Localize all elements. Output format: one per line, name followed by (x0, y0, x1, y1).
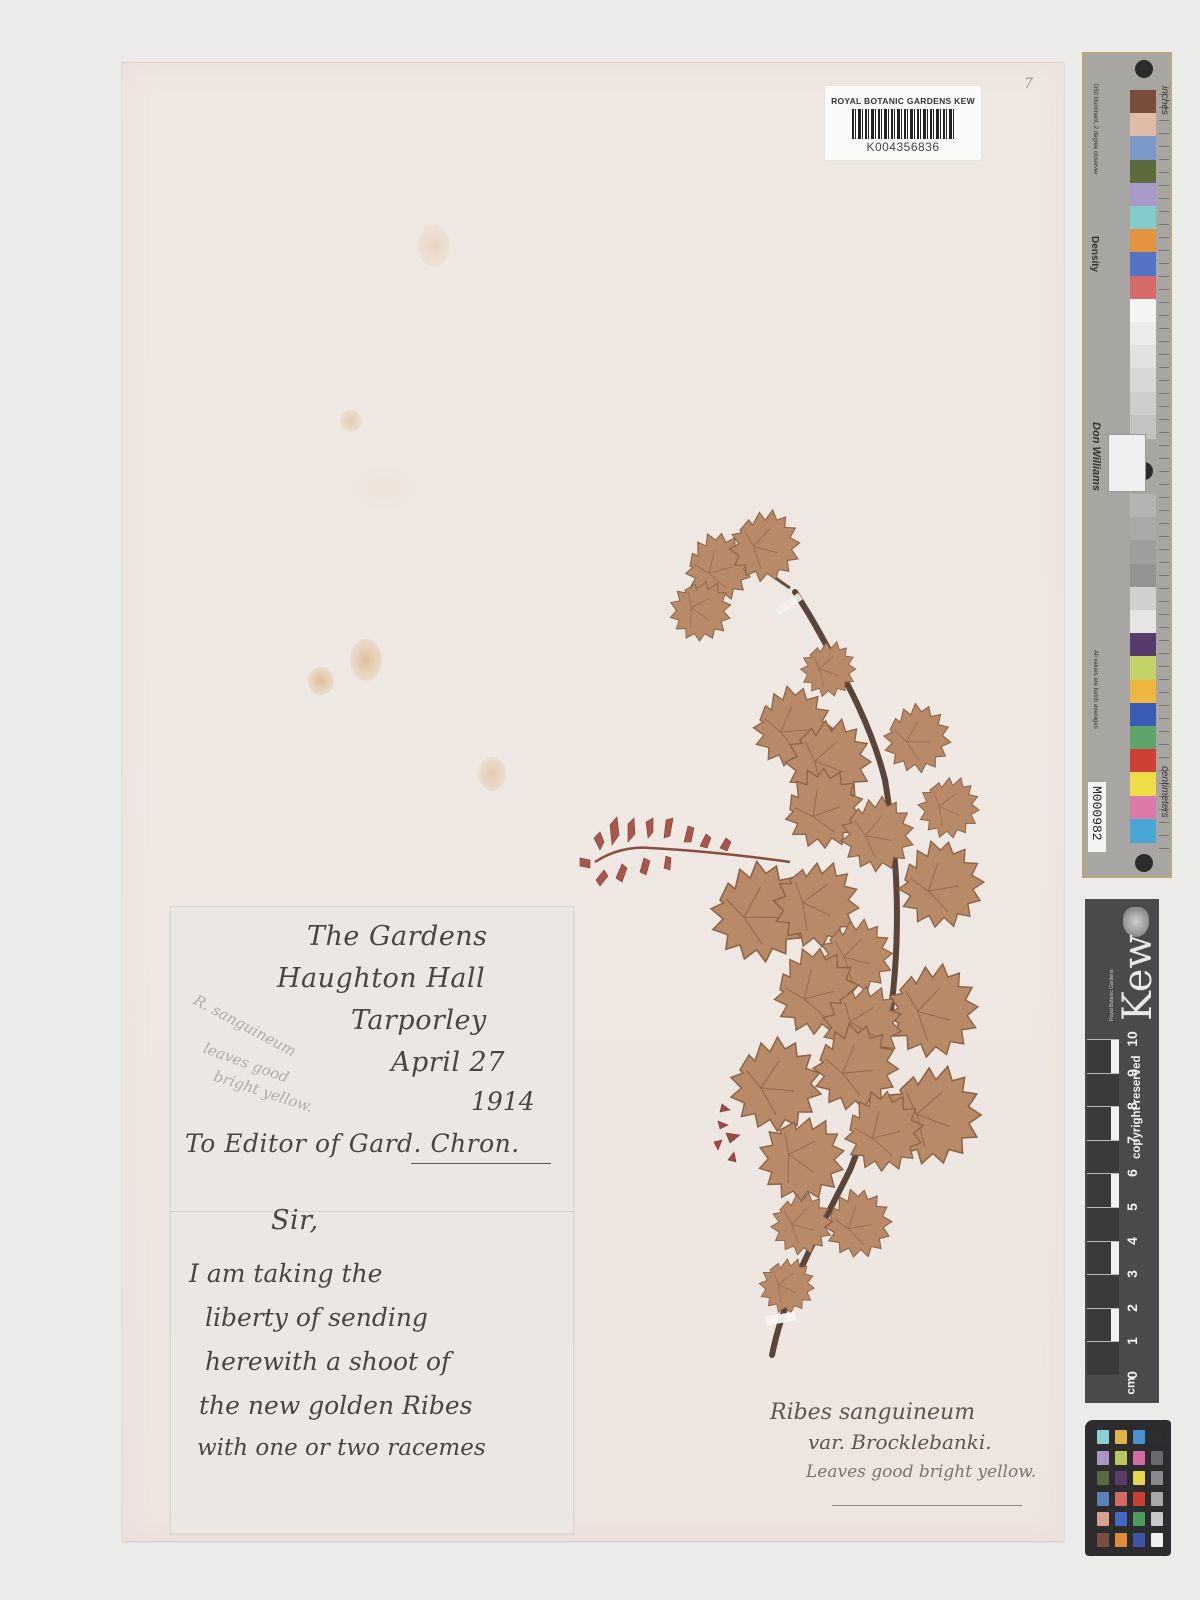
taxon-note: Leaves good bright yellow. (806, 1462, 1036, 1482)
color-swatch (1130, 587, 1156, 611)
color-swatch (1130, 796, 1156, 820)
taxon-name: Ribes sanguineum (770, 1400, 975, 1425)
letter-body-line: with one or two racemes (197, 1435, 486, 1461)
color-chip (1151, 1451, 1163, 1465)
unit-label-centimeters: centimeters (1159, 766, 1170, 818)
letter-body-line: I am taking the (189, 1259, 382, 1288)
scale-segment-fill (1111, 1040, 1119, 1073)
scale-segment (1087, 1207, 1119, 1241)
color-chip (1133, 1492, 1145, 1506)
color-swatch (1130, 90, 1156, 114)
scale-tick-label: 7 (1124, 1130, 1140, 1150)
color-chip (1097, 1430, 1109, 1444)
letter-body-line: the new golden Ribes (199, 1391, 472, 1420)
color-chip (1151, 1533, 1163, 1547)
scale-segment (1087, 1039, 1119, 1073)
scale-segment-fill (1111, 1074, 1119, 1107)
color-chip (1115, 1533, 1127, 1547)
color-swatch (1130, 494, 1156, 518)
color-swatch (1130, 345, 1156, 369)
color-chip (1133, 1430, 1145, 1444)
color-chip (1115, 1512, 1127, 1526)
color-chip (1097, 1451, 1109, 1465)
color-swatch (1130, 633, 1156, 657)
color-swatch (1130, 726, 1156, 750)
scale-tick-label: 4 (1124, 1231, 1140, 1251)
scale-tick-label: 2 (1124, 1298, 1140, 1318)
letter-body-line: herewith a shoot of (205, 1347, 450, 1376)
color-chip (1151, 1471, 1163, 1485)
color-calibration-bar: inches D50 Illuminant, 2 degree observer… (1082, 52, 1172, 878)
scale-segment (1087, 1140, 1119, 1174)
color-chip (1133, 1512, 1145, 1526)
color-chip (1133, 1533, 1145, 1547)
scale-segment-fill (1111, 1275, 1119, 1308)
kew-logo: Kew (1115, 934, 1161, 1021)
color-swatch (1130, 160, 1156, 184)
color-swatch (1130, 229, 1156, 253)
color-swatch (1130, 772, 1156, 796)
correspondence-letter: R. sanguineum leaves good bright yellow.… (170, 906, 574, 1534)
scale-segment (1087, 1173, 1119, 1207)
color-chip (1115, 1471, 1127, 1485)
scale-tick-label: 10 (1124, 1029, 1140, 1049)
color-swatch (1130, 703, 1156, 727)
color-chip (1151, 1430, 1163, 1444)
mounting-hole (1135, 60, 1153, 78)
scale-segment-fill (1111, 1174, 1119, 1207)
scale-segment (1087, 1341, 1119, 1375)
scale-segment (1087, 1106, 1119, 1140)
color-swatch (1130, 819, 1156, 843)
taxon-note-underline (832, 1505, 1022, 1506)
density-graph (1108, 434, 1146, 492)
letter-salutation: Sir, (271, 1205, 319, 1236)
scale-tick-label: 5 (1124, 1197, 1140, 1217)
kew-sub-brand: Royal Botanic Gardens (1109, 970, 1115, 1021)
color-chip (1151, 1492, 1163, 1506)
letter-recipient: To Editor of Gard. Chron. (185, 1129, 520, 1158)
scale-tick-label: 8 (1124, 1096, 1140, 1116)
chart-id-label: M000982 (1088, 782, 1106, 852)
scale-tick-label: 1 (1124, 1331, 1140, 1351)
color-chip (1097, 1471, 1109, 1485)
color-swatch (1130, 276, 1156, 300)
color-swatch (1130, 252, 1156, 276)
ruler-ticks (1159, 94, 1169, 854)
color-swatch (1130, 206, 1156, 230)
letter-fold (171, 1211, 573, 1212)
color-swatch (1130, 656, 1156, 680)
brand-label: Don Williams (1090, 422, 1102, 491)
density-label: Density (1089, 236, 1100, 272)
color-swatch (1130, 540, 1156, 564)
color-swatch (1130, 322, 1156, 346)
batch-note: All values are batch averages (1092, 650, 1098, 729)
kew-scale-bar: Kew Royal Botanic Gardens copyright rese… (1085, 899, 1159, 1403)
color-swatch (1130, 136, 1156, 160)
color-chip (1097, 1512, 1109, 1526)
taxon-variety: var. Brocklebanki. (808, 1430, 992, 1454)
scale-segment (1087, 1274, 1119, 1308)
scale-segment (1087, 1073, 1119, 1107)
address-line: Tarporley (351, 1005, 487, 1036)
recipient-underline (411, 1163, 551, 1164)
color-swatch (1130, 517, 1156, 541)
cm-unit-label: cm (1124, 1377, 1138, 1394)
kew-crest-icon (1123, 907, 1149, 937)
scale-segment-fill (1111, 1309, 1119, 1342)
scale-tick-label: 9 (1124, 1063, 1140, 1083)
color-swatch (1130, 299, 1156, 323)
color-chip (1151, 1512, 1163, 1526)
scale-segment-fill (1111, 1342, 1119, 1375)
color-chip (1097, 1533, 1109, 1547)
color-swatch (1130, 113, 1156, 137)
scale-segment (1087, 1308, 1119, 1342)
color-swatch (1130, 564, 1156, 588)
color-swatch (1130, 183, 1156, 207)
color-swatch (1130, 368, 1156, 392)
letter-body-line: liberty of sending (205, 1303, 428, 1332)
scale-segment-fill (1111, 1107, 1119, 1140)
color-chip (1115, 1492, 1127, 1506)
mounting-hole (1135, 854, 1153, 872)
color-chip (1115, 1430, 1127, 1444)
scale-segment-fill (1111, 1242, 1119, 1275)
color-chip (1133, 1471, 1145, 1485)
scale-tick-label: 3 (1124, 1264, 1140, 1284)
scale-segment-fill (1111, 1208, 1119, 1241)
scale-tick-label: 6 (1124, 1163, 1140, 1183)
letter-year: 1914 (471, 1087, 535, 1116)
color-chip (1133, 1451, 1145, 1465)
color-swatch (1130, 680, 1156, 704)
letter-date: April 27 (391, 1047, 505, 1078)
color-swatch (1130, 392, 1156, 416)
color-swatch (1130, 610, 1156, 634)
scale-segment-fill (1111, 1141, 1119, 1174)
color-chip (1097, 1492, 1109, 1506)
scale-segment (1087, 1241, 1119, 1275)
address-line: The Gardens (307, 921, 488, 952)
unit-label-inches: inches (1159, 86, 1170, 115)
address-line: Haughton Hall (277, 963, 485, 994)
color-checker-card (1085, 1420, 1171, 1556)
color-chip (1115, 1451, 1127, 1465)
color-swatch (1130, 749, 1156, 773)
illuminant-note: D50 Illuminant, 2 degree observer (1092, 84, 1098, 174)
